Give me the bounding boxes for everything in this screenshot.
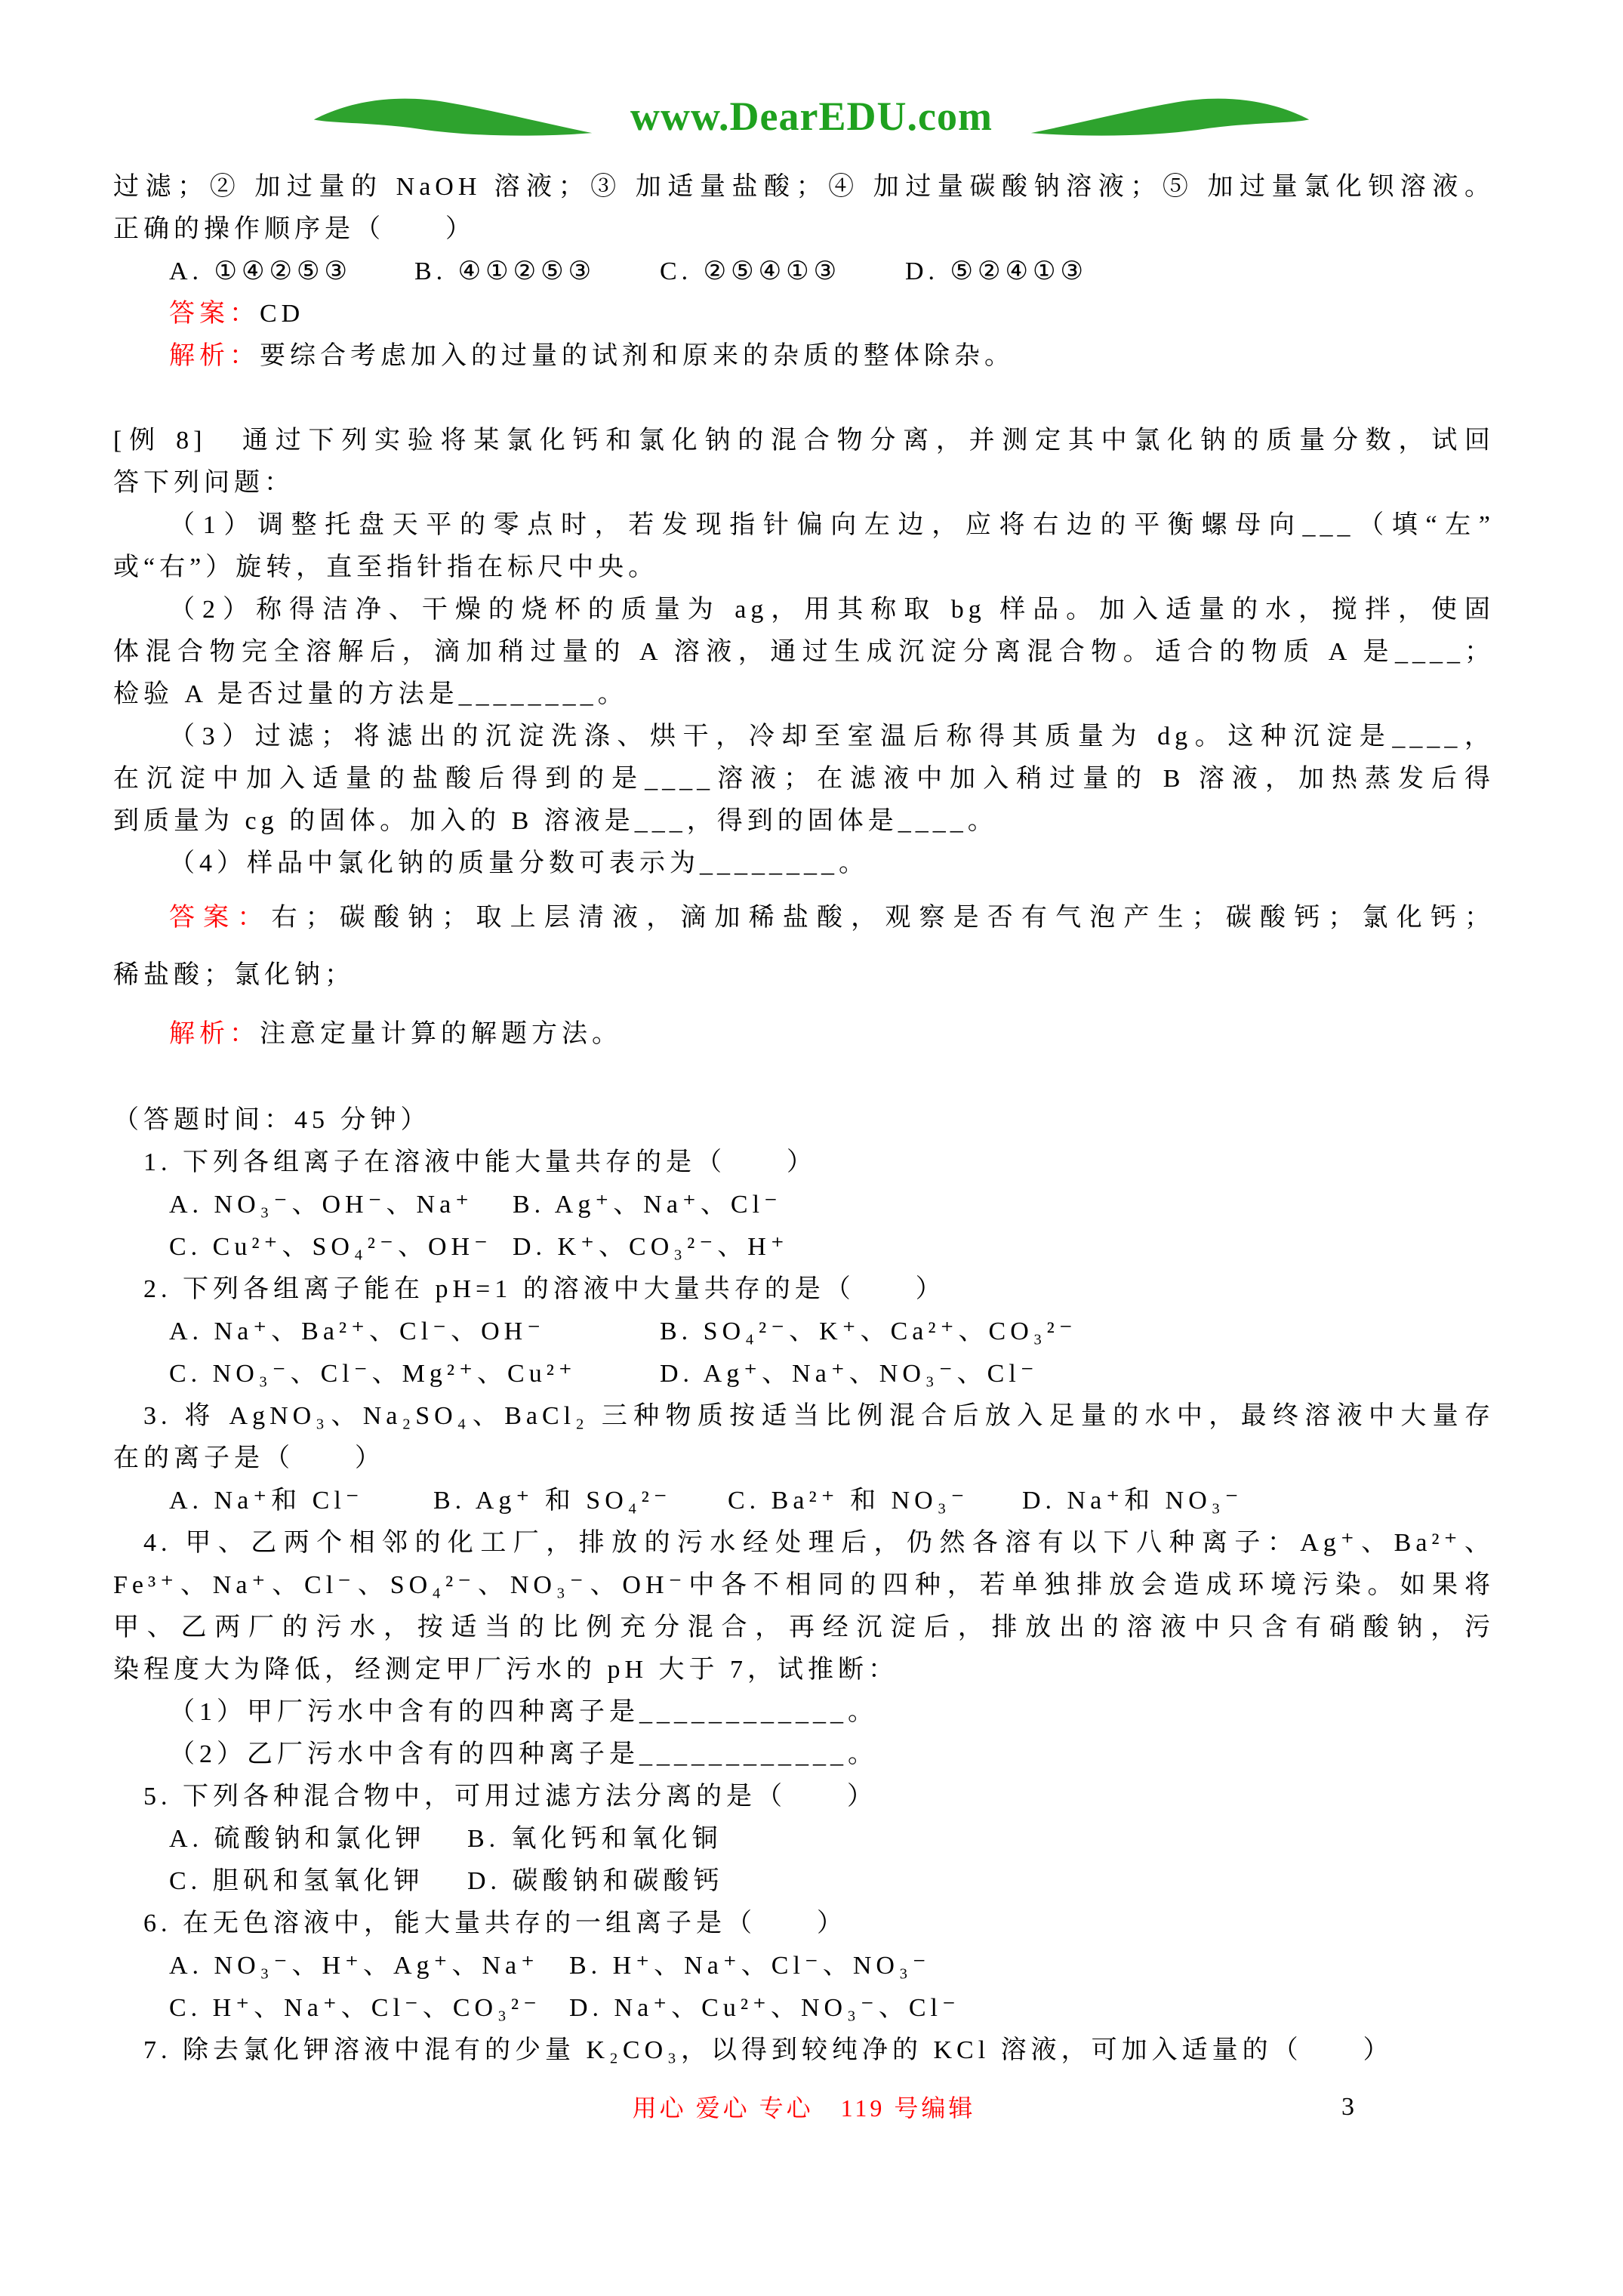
prev-option-d: D. ⑤②④①③ [905, 257, 1088, 285]
page-number: 3 [1341, 2093, 1354, 2122]
example8-part1-line2: 或“右”）旋转，直至指针指在标尺中央。 [113, 547, 1495, 589]
q1-options-row-cd: C. Cu²⁺、SO₄²⁻、OH⁻D. K⁺、CO₃²⁻、H⁺ [113, 1226, 1495, 1268]
q1-option-c: C. Cu²⁺、SO₄²⁻、OH⁻ [169, 1226, 513, 1268]
analysis-text: 要综合考虑加入的过量的试剂和原来的杂质的整体除杂。 [260, 342, 1015, 370]
q5-option-b: B. 氧化钙和氧化铜 [467, 1825, 722, 1853]
q3-stem-line2: 在的离子是（ ） [113, 1438, 1495, 1480]
q3-options-row: A. Na⁺和 Cl⁻B. Ag⁺ 和 SO₄²⁻C. Ba²⁺ 和 NO₃⁻D… [113, 1480, 1495, 1522]
prev-option-c: C. ②⑤④①③ [660, 251, 905, 293]
logo-right-swoosh-icon [1012, 93, 1329, 140]
q4-line1: 4. 甲、乙两个相邻的化工厂，排放的污水经处理后，仍然各溶有以下八种离子：Ag⁺… [113, 1522, 1495, 1564]
q6-options-row-ab: A. NO₃⁻、H⁺、Ag⁺、Na⁺B. H⁺、Na⁺、Cl⁻、NO₃⁻ [113, 1945, 1495, 1987]
answer-label: 答案： [169, 300, 260, 328]
exercise-time-note: （答题时间：45 分钟） [113, 1099, 1495, 1142]
answer-value: CD [260, 300, 304, 328]
dearedu-logo: www.DearEDU.com [294, 89, 1329, 143]
q1-option-b: B. Ag⁺、Na⁺、Cl⁻ [513, 1191, 782, 1219]
q1-option-d: D. K⁺、CO₃²⁻、H⁺ [513, 1233, 789, 1261]
q1-option-a: A. NO₃⁻、OH⁻、Na⁺ [169, 1184, 513, 1226]
q3-option-d: D. Na⁺和 NO₃⁻ [1022, 1487, 1243, 1515]
q4-line2: Fe³⁺、Na⁺、Cl⁻、SO₄²⁻、NO₃⁻、OH⁻中各不相同的四种，若单独排… [113, 1564, 1495, 1607]
prev-option-a: A. ①④②⑤③ [169, 251, 414, 293]
logo-left-swoosh-icon [294, 93, 611, 140]
q1-options-row-ab: A. NO₃⁻、OH⁻、Na⁺B. Ag⁺、Na⁺、Cl⁻ [113, 1184, 1495, 1226]
q2-option-a: A. Na⁺、Ba²⁺、Cl⁻、OH⁻ [169, 1311, 660, 1353]
prev-option-b: B. ④①②⑤③ [414, 251, 660, 293]
example8-part3-line1: （3）过滤；将滤出的沉淀洗涤、烘干，冷却至室温后称得其质量为 dg。这种沉淀是_… [113, 716, 1495, 758]
q2-option-b: B. SO₄²⁻、K⁺、Ca²⁺、CO₃²⁻ [660, 1318, 1077, 1345]
q2-stem: 2. 下列各组离子能在 pH=1 的溶液中大量共存的是（ ） [113, 1268, 1495, 1311]
logo-text: www.DearEDU.com [611, 93, 1012, 140]
q6-stem: 6. 在无色溶液中，能大量共存的一组离子是（ ） [113, 1903, 1495, 1945]
q5-option-c: C. 胆矾和氢氧化钾 [169, 1860, 467, 1903]
prev-analysis-line: 解析：要综合考虑加入的过量的试剂和原来的杂质的整体除杂。 [113, 335, 1495, 378]
example8-title-line1: [例 8] 通过下列实验将某氯化钙和氯化钠的混合物分离，并测定其中氯化钠的质量分… [113, 420, 1495, 462]
q4-blank1: （1）甲厂污水中含有的四种离子是____________。 [113, 1691, 1495, 1734]
example8-part3-line2: 在沉淀中加入适量的盐酸后得到的是____溶液；在滤液中加入稍过量的 B 溶液，加… [113, 758, 1495, 800]
q3-option-b: B. Ag⁺ 和 SO₄²⁻ [433, 1480, 728, 1522]
q4-line3: 甲、乙两厂的污水，按适当的比例充分混合，再经沉淀后，排放出的溶液中只含有硝酸钠，… [113, 1607, 1495, 1649]
q2-option-d: D. Ag⁺、Na⁺、NO₃⁻、Cl⁻ [660, 1360, 1039, 1388]
q2-options-row-ab: A. Na⁺、Ba²⁺、Cl⁻、OH⁻B. SO₄²⁻、K⁺、Ca²⁺、CO₃²… [113, 1311, 1495, 1353]
answer-label: 答案： [169, 904, 271, 932]
example8-title-line2: 答下列问题： [113, 462, 1495, 504]
example8-part3-line3: 到质量为 cg 的固体。加入的 B 溶液是___，得到的固体是____。 [113, 800, 1495, 843]
example8-answer-line1: 答案：右；碳酸钠；取上层清液，滴加稀盐酸，观察是否有气泡产生；碳酸钙；氯化钙； [113, 897, 1495, 939]
prev-answer-line: 答案：CD [113, 293, 1495, 335]
q6-option-c: C. H⁺、Na⁺、Cl⁻、CO₃²⁻ [169, 1987, 569, 2029]
example8-part2-line2: 体混合物完全溶解后，滴加稍过量的 A 溶液，通过生成沉淀分离混合物。适合的物质 … [113, 631, 1495, 673]
example8-part2-line1: （2）称得洁净、干燥的烧杯的质量为 ag，用其称取 bg 样品。加入适量的水，搅… [113, 589, 1495, 631]
q3-option-a: A. Na⁺和 Cl⁻ [169, 1480, 433, 1522]
example8-part2-line3: 检验 A 是否过量的方法是________。 [113, 673, 1495, 716]
document-page: www.DearEDU.com 过滤；② 加过量的 NaOH 溶液；③ 加适量盐… [0, 89, 1623, 2126]
analysis-label: 解析： [169, 342, 260, 370]
q2-options-row-cd: C. NO₃⁻、Cl⁻、Mg²⁺、Cu²⁺D. Ag⁺、Na⁺、NO₃⁻、Cl⁻ [113, 1353, 1495, 1395]
example8-part1-line1: （1）调整托盘天平的零点时，若发现指针偏向左边，应将右边的平衡螺母向___（填“… [113, 504, 1495, 547]
q6-option-a: A. NO₃⁻、H⁺、Ag⁺、Na⁺ [169, 1945, 569, 1987]
analysis-text: 注意定量计算的解题方法。 [260, 1020, 622, 1048]
q7-stem: 7. 除去氯化钾溶液中混有的少量 K₂CO₃，以得到较纯净的 KCl 溶液，可加… [113, 2029, 1495, 2072]
q5-options-row-ab: A. 硫酸钠和氯化钾B. 氧化钙和氧化铜 [113, 1818, 1495, 1860]
q2-option-c: C. NO₃⁻、Cl⁻、Mg²⁺、Cu²⁺ [169, 1353, 660, 1395]
example8-part4-line1: （4）样品中氯化钠的质量分数可表示为________。 [113, 843, 1495, 885]
q3-option-c: C. Ba²⁺ 和 NO₃⁻ [728, 1480, 1022, 1522]
q3-stem-line1: 3. 将 AgNO₃、Na₂SO₄、BaCl₂ 三种物质按适当比例混合后放入足量… [113, 1395, 1495, 1438]
document-body: 过滤；② 加过量的 NaOH 溶液；③ 加适量盐酸；④ 加过量碳酸钠溶液；⑤ 加… [0, 166, 1623, 2126]
q6-option-b: B. H⁺、Na⁺、Cl⁻、NO₃⁻ [569, 1952, 931, 1980]
q6-options-row-cd: C. H⁺、Na⁺、Cl⁻、CO₃²⁻D. Na⁺、Cu²⁺、NO₃⁻、Cl⁻ [113, 1987, 1495, 2029]
q1-stem: 1. 下列各组离子在溶液中能大量共存的是（ ） [113, 1142, 1495, 1184]
q4-line4: 染程度大为降低，经测定甲厂污水的 pH 大于 7，试推断： [113, 1649, 1495, 1691]
q5-stem: 5. 下列各种混合物中，可用过滤方法分离的是（ ） [113, 1776, 1495, 1818]
q5-option-d: D. 碳酸钠和碳酸钙 [467, 1867, 724, 1895]
page-footer: 用心 爱心 专心 119 号编辑 3 [113, 2090, 1495, 2126]
q4-blank2: （2）乙厂污水中含有的四种离子是____________。 [113, 1734, 1495, 1776]
analysis-label: 解析： [169, 1020, 260, 1048]
example8-answer-line2: 稀盐酸；氯化钠； [113, 954, 1495, 997]
answer-text: 右；碳酸钠；取上层清液，滴加稀盐酸，观察是否有气泡产生；碳酸钙；氯化钙； [271, 904, 1495, 932]
prev-question-prompt: 正确的操作顺序是（ ） [113, 208, 1495, 251]
footer-text: 用心 爱心 专心 119 号编辑 [113, 2090, 1495, 2126]
q5-option-a: A. 硫酸钠和氯化钾 [169, 1818, 467, 1860]
q6-option-d: D. Na⁺、Cu²⁺、NO₃⁻、Cl⁻ [569, 1994, 960, 2022]
prev-question-step-list: 过滤；② 加过量的 NaOH 溶液；③ 加适量盐酸；④ 加过量碳酸钠溶液；⑤ 加… [113, 166, 1495, 208]
prev-question-options-row: A. ①④②⑤③B. ④①②⑤③C. ②⑤④①③D. ⑤②④①③ [113, 251, 1495, 293]
example8-analysis-line: 解析：注意定量计算的解题方法。 [113, 1013, 1495, 1056]
q5-options-row-cd: C. 胆矾和氢氧化钾D. 碳酸钠和碳酸钙 [113, 1860, 1495, 1903]
